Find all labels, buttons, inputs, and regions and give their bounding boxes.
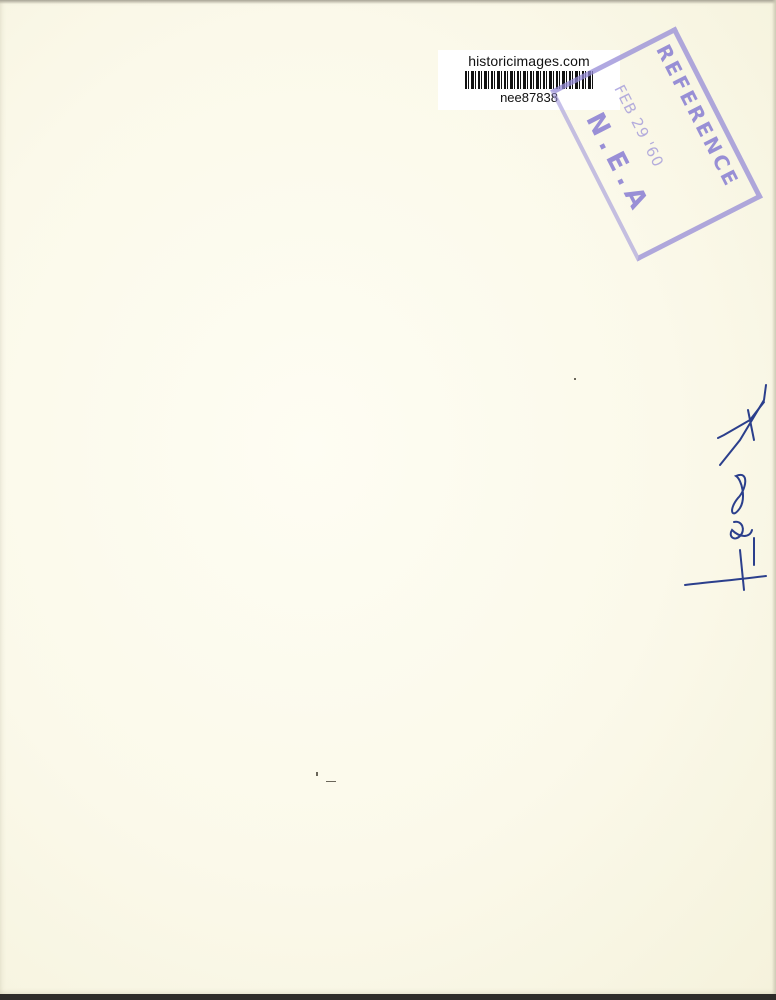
speck xyxy=(574,378,576,380)
speck xyxy=(316,772,318,776)
handwriting-icon xyxy=(680,380,770,600)
bottom-edge xyxy=(0,994,776,1000)
top-edge-shadow xyxy=(0,0,776,4)
label-site: historicimages.com xyxy=(438,53,620,69)
right-edge-shadow xyxy=(772,0,776,994)
handwritten-annotation xyxy=(680,380,770,600)
speck xyxy=(326,781,336,782)
